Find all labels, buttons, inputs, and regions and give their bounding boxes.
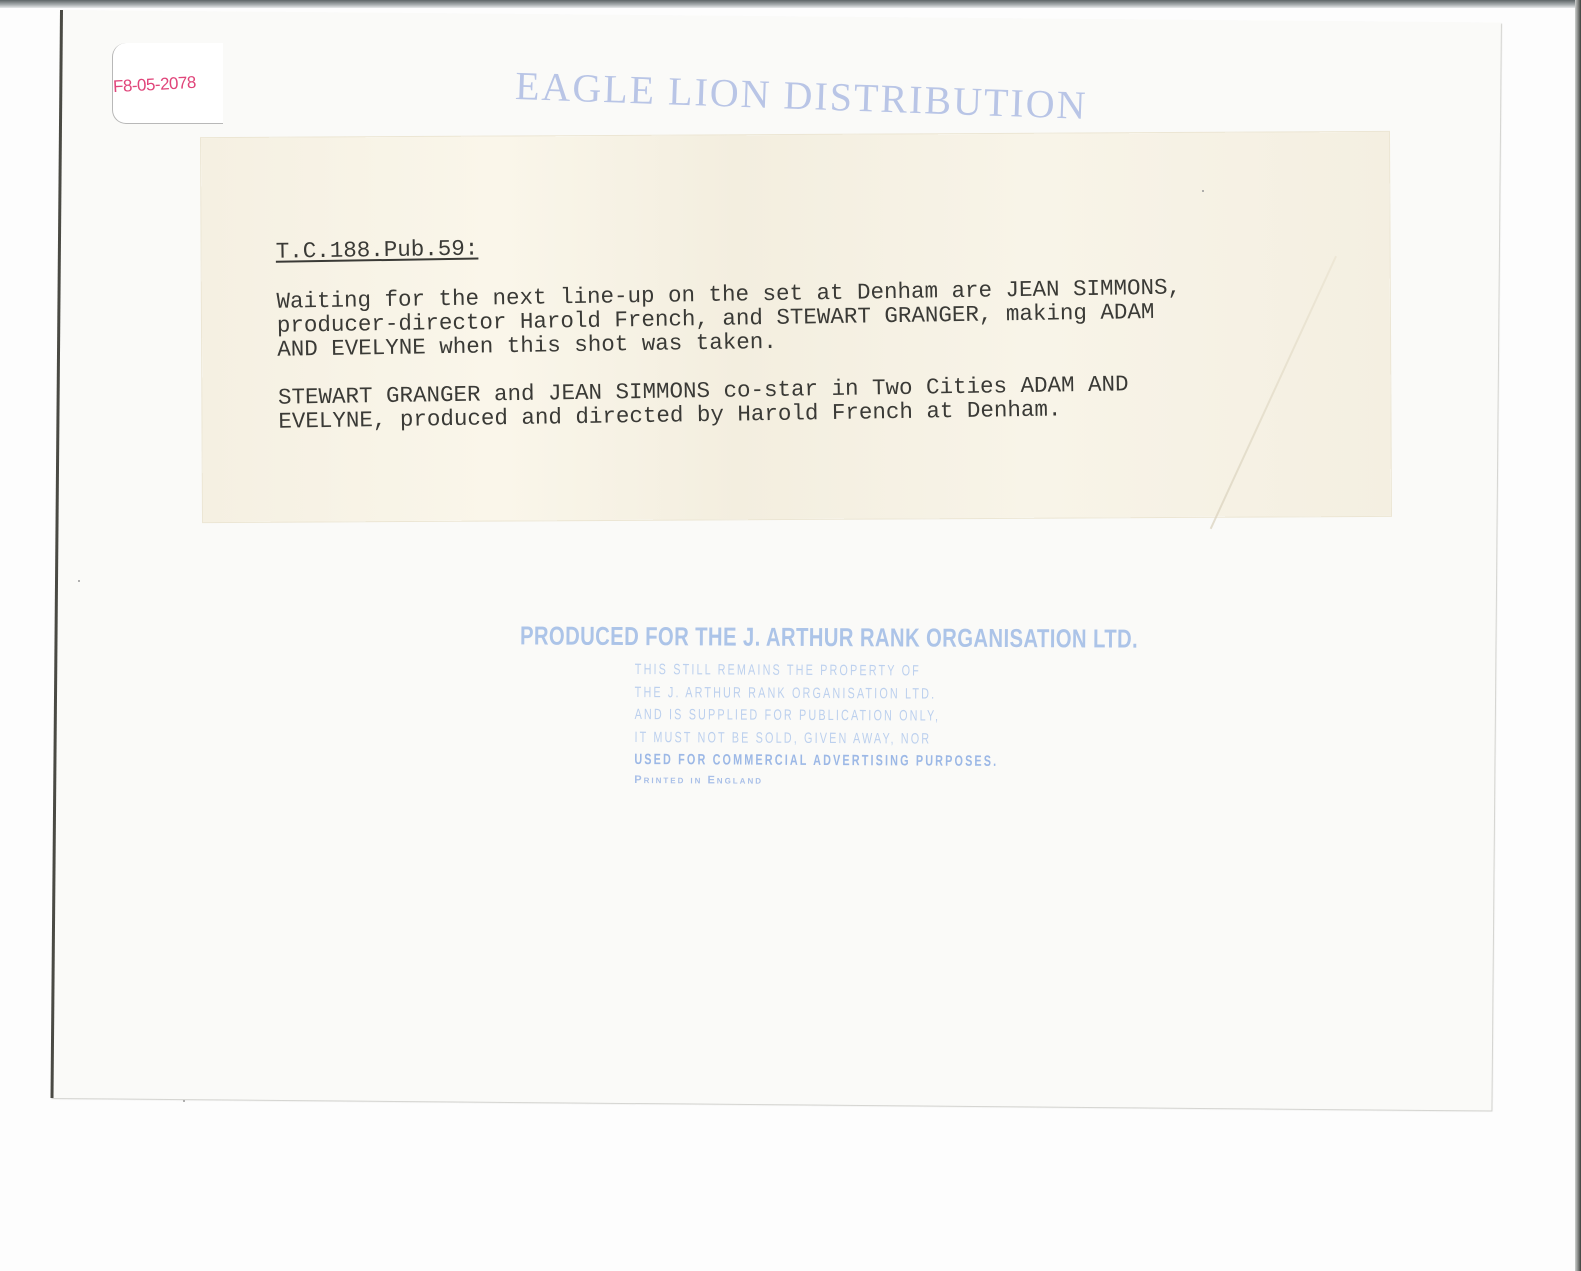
caption-paragraph-2: STEWART GRANGER and JEAN SIMMONS co-star… bbox=[278, 369, 1359, 434]
printed-in-england: Printed in England bbox=[634, 772, 1054, 790]
caption-paragraph-1: Waiting for the next line-up on the set … bbox=[276, 273, 1357, 362]
caption-slip: T.C.188.Pub.59: Waiting for the next lin… bbox=[201, 132, 1391, 522]
ownership-line: THIS STILL REMAINS THE PROPERTY OF bbox=[635, 659, 938, 683]
ownership-stamp: PRODUCED FOR THE J. ARTHUR RANK ORGANISA… bbox=[520, 620, 1120, 654]
caption-reference: T.C.188.Pub.59: bbox=[276, 237, 479, 264]
scanned-document: F8-05-2078 EAGLE LION DISTRIBUTION T.C.1… bbox=[0, 0, 1581, 1271]
dust-speck bbox=[78, 580, 80, 582]
dust-speck bbox=[1202, 190, 1204, 192]
scanner-right-edge bbox=[1575, 0, 1581, 1271]
ownership-line: USED FOR COMMERCIAL ADVERTISING PURPOSES… bbox=[634, 749, 937, 773]
ownership-line: THE J. ARTHUR RANK ORGANISATION LTD. bbox=[635, 682, 938, 706]
scanner-edge-shadow bbox=[0, 0, 1581, 8]
ownership-line: AND IS SUPPLIED FOR PUBLICATION ONLY, bbox=[635, 704, 938, 728]
caption-text: T.C.188.Pub.59: Waiting for the next lin… bbox=[276, 223, 1359, 458]
ownership-line: IT MUST NOT BE SOLD, GIVEN AWAY, NOR bbox=[634, 727, 937, 751]
ownership-stamp-body: THIS STILL REMAINS THE PROPERTY OF THE J… bbox=[634, 659, 1055, 790]
dust-speck bbox=[183, 1100, 185, 1102]
ownership-stamp-title: PRODUCED FOR THE J. ARTHUR RANK ORGANISA… bbox=[520, 620, 988, 653]
